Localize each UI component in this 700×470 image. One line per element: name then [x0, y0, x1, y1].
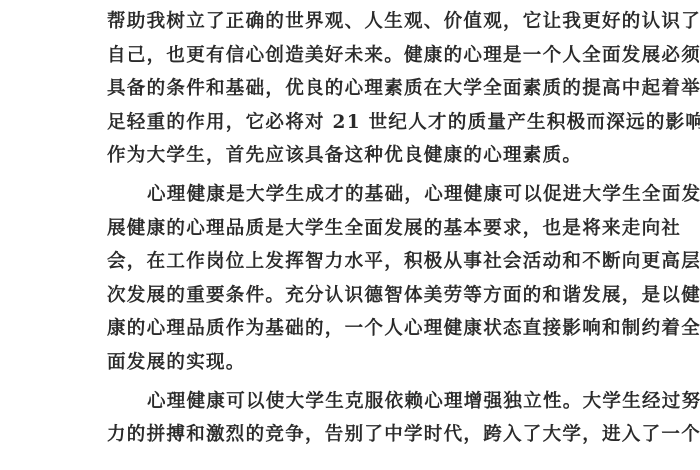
- document-body: 帮助我树立了正确的世界观、人生观、价值观，它让我更好的认识了 自己，也更有信心创…: [107, 7, 597, 454]
- paragraph-3: 心理健康可以使大学生克服依赖心理增强独立性。大学生经过努 力的拼搏和激烈的竞争，…: [107, 387, 597, 454]
- text-line: 力的拼搏和激烈的竞争，告别了中学时代，跨入了大学，进入了一个: [107, 420, 597, 454]
- text-line: 具备的条件和基础，优良的心理素质在大学全面素质的提高中起着举: [107, 74, 597, 108]
- text-line: 面发展的实现。: [107, 348, 597, 382]
- text-line: 展健康的心理品质是大学生全面发展的基本要求，也是将来走向社: [107, 214, 597, 248]
- text-line: 会，在工作岗位上发挥智力水平，积极从事社会活动和不断向更高层: [107, 247, 597, 281]
- text-line: 康的心理品质作为基础的，一个人心理健康状态直接影响和制约着全: [107, 314, 597, 348]
- document-page: 帮助我树立了正确的世界观、人生观、价值观，它让我更好的认识了 自己，也更有信心创…: [0, 0, 700, 470]
- text-line: 自己，也更有信心创造美好未来。健康的心理是一个人全面发展必须: [107, 41, 597, 75]
- text-line: 心理健康是大学生成才的基础，心理健康可以促进大学生全面发: [107, 180, 597, 214]
- paragraph-2: 心理健康是大学生成才的基础，心理健康可以促进大学生全面发 展健康的心理品质是大学…: [107, 180, 597, 382]
- text-line: 足轻重的作用，它必将对 21 世纪人才的质量产生积极而深远的影响，: [107, 108, 597, 142]
- text-line: 次发展的重要条件。充分认识德智体美劳等方面的和谐发展，是以健: [107, 281, 597, 315]
- text-line: 作为大学生，首先应该具备这种优良健康的心理素质。: [107, 141, 597, 175]
- paragraph-1: 帮助我树立了正确的世界观、人生观、价值观，它让我更好的认识了 自己，也更有信心创…: [107, 7, 597, 175]
- text-line: 帮助我树立了正确的世界观、人生观、价值观，它让我更好的认识了: [107, 7, 597, 41]
- text-line: 心理健康可以使大学生克服依赖心理增强独立性。大学生经过努: [107, 387, 597, 421]
